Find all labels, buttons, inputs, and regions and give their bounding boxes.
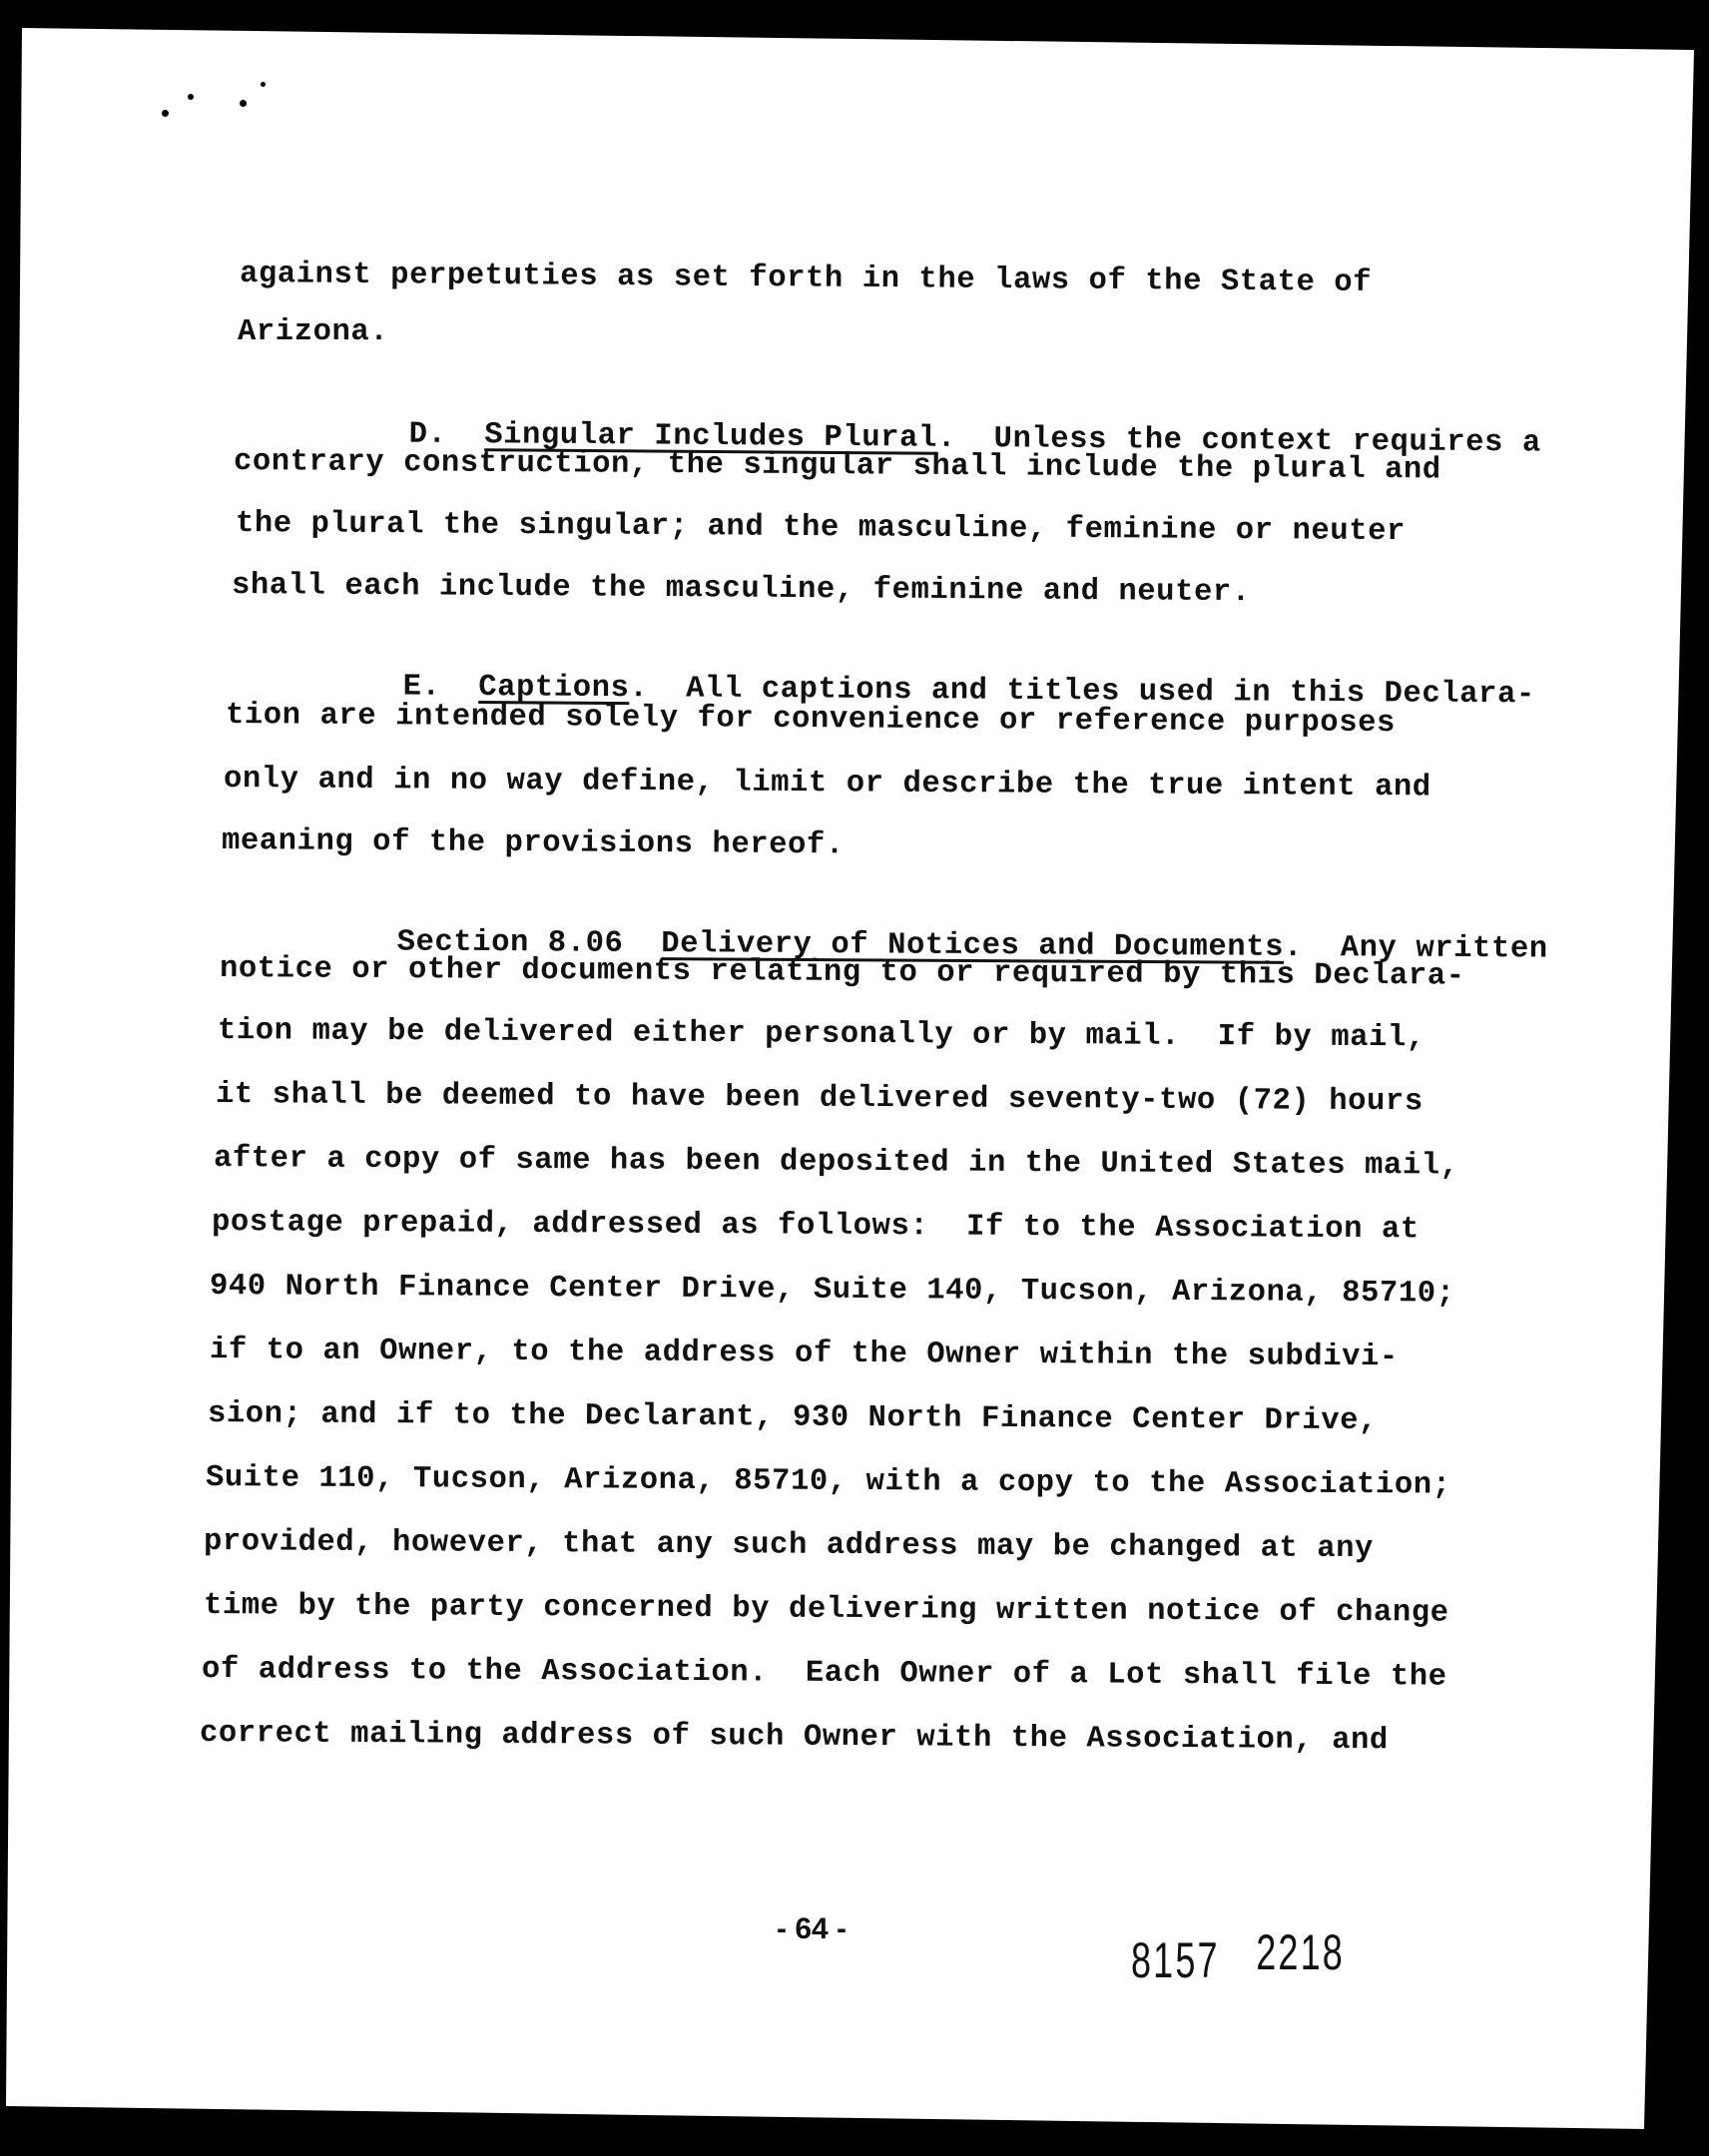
text-line: sion; and if to the Declarant, 930 North… — [208, 1397, 1378, 1438]
text-line: provided, however, that any such address… — [204, 1525, 1374, 1566]
scan-speck — [162, 110, 169, 117]
text-line: if to an Owner, to the address of the Ow… — [210, 1334, 1399, 1374]
text-line: after a copy of same has been deposited … — [214, 1142, 1459, 1184]
scan-speck — [240, 100, 247, 107]
text-line: Arizona. — [238, 315, 388, 349]
stamp-page-number: 2218 — [1256, 1923, 1345, 1981]
text-line: of address to the Association. Each Owne… — [202, 1653, 1447, 1695]
scan-speck — [188, 94, 194, 100]
page-number: - 64 - — [777, 1912, 847, 1946]
stamp-book-number: 8157 — [1131, 1931, 1220, 1989]
recording-stamp: 8157 2218 — [1131, 1931, 1345, 1989]
text-line: 940 North Finance Center Drive, Suite 14… — [210, 1270, 1455, 1312]
text-line: time by the party concerned by deliverin… — [204, 1589, 1449, 1631]
text-line: tion may be delivered either personally … — [218, 1014, 1425, 1055]
text-line: Suite 110, Tucson, Arizona, 85710, with … — [206, 1461, 1451, 1503]
text-line: the plural the singular; and the masculi… — [236, 507, 1406, 549]
text-line: meaning of the provisions hereof. — [222, 824, 845, 862]
scan-speck — [261, 82, 266, 87]
document-page: against perpetuties as set forth in the … — [0, 0, 1709, 2156]
text-line: against perpetuties as set forth in the … — [240, 258, 1372, 300]
text-line: it shall be deemed to have been delivere… — [216, 1078, 1424, 1119]
text-line: correct mailing address of such Owner wi… — [200, 1717, 1389, 1758]
text-line: only and in no way define, limit or desc… — [224, 763, 1431, 805]
text-line: shall each include the masculine, femini… — [232, 569, 1251, 610]
text-line: postage prepaid, addressed as follows: I… — [212, 1206, 1420, 1247]
